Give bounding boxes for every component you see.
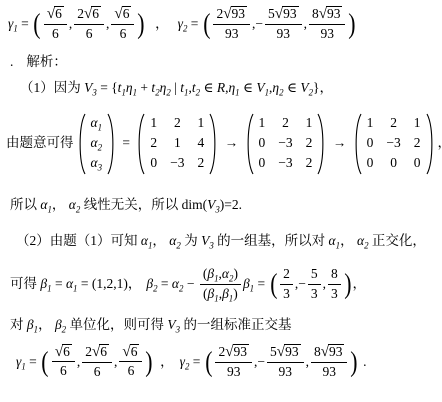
math-var: β1 <box>27 317 38 334</box>
math-text: ， <box>352 276 366 293</box>
sqrt-expression: √6 <box>114 6 131 22</box>
math-text: 93 <box>277 26 291 43</box>
matrix-cell: 4 <box>198 135 205 152</box>
matrix-left-paren <box>353 113 362 175</box>
math-var: V3 <box>84 80 97 97</box>
math-text: 93 <box>320 26 334 43</box>
radicand: 6 <box>130 344 140 360</box>
math-var: γ1 <box>16 354 26 371</box>
matrix-cell: 2 <box>414 135 421 152</box>
math-text: 6 <box>86 26 93 43</box>
sqrt-coefficient: 2 <box>77 6 84 23</box>
math-var: α1 <box>329 233 341 250</box>
math-text: 3 <box>331 286 338 303</box>
math-text: （2）由题（1）可知 <box>16 233 141 250</box>
math-text: + <box>137 80 151 97</box>
sqrt-coefficient: 5 <box>268 6 275 23</box>
math-text: 对 <box>10 317 27 334</box>
sqrt-coefficient: 5 <box>270 344 277 361</box>
math-text: = <box>119 135 133 152</box>
numerator: 5√93 <box>267 344 304 363</box>
sqrt-expression: 2√6 <box>85 344 109 361</box>
math-var: V3 <box>201 233 214 250</box>
math-text: → <box>221 135 241 152</box>
math-var: α1 <box>40 197 52 214</box>
math-var: β1 <box>243 276 254 293</box>
matrix-cell: 2 <box>390 115 397 132</box>
math-var: α2 <box>172 276 184 293</box>
math-text: ， <box>155 16 169 33</box>
matrix-cell: −3 <box>278 155 292 172</box>
big-paren: ( <box>203 10 210 39</box>
denominator: 6 <box>74 25 104 43</box>
matrix-cell: 2 <box>174 115 181 132</box>
math-text: ∈ <box>240 80 257 97</box>
var-subscript: 3 <box>98 163 102 173</box>
math-text: 由题意可得 <box>6 135 74 152</box>
numerator: 2√93 <box>215 344 252 363</box>
fraction: √66 <box>52 344 75 380</box>
math-text: 6 <box>94 364 101 381</box>
math-text: = <box>52 276 66 293</box>
sqrt-coefficient: 8 <box>312 6 319 23</box>
var-subscript: 1 <box>98 123 102 133</box>
math-text: = { <box>97 80 118 97</box>
math-text: = <box>158 276 172 293</box>
math-text: 93 <box>227 364 241 381</box>
fraction: 2√9393 <box>215 344 252 381</box>
denominator: 93 <box>311 363 348 381</box>
math-var: η2 <box>160 80 171 97</box>
radicand: 93 <box>284 344 301 360</box>
denominator: 6 <box>119 362 142 380</box>
denominator: 6 <box>44 25 67 43</box>
numerator: 2√6 <box>74 6 104 25</box>
denominator: 93 <box>309 25 346 43</box>
math-text: 3 <box>283 286 290 303</box>
math-var: t1 <box>118 80 126 97</box>
big-paren: ) <box>349 10 356 39</box>
math-solution-document: γ1 = (√66,2√66,√66)，γ2 = (2√9393,−5√9393… <box>0 6 442 402</box>
math-text: 所以 <box>10 197 40 214</box>
matrix-grid: 1212140−32 <box>145 115 209 172</box>
matrix-cell: 1 <box>414 115 421 132</box>
numerator: 2 <box>280 266 293 285</box>
matrix-grid: 1210−32000 <box>362 115 426 172</box>
math-text: 6 <box>128 363 135 380</box>
matrix: 1210−32000 <box>353 113 435 175</box>
radicand: 93 <box>328 344 345 360</box>
analysis-label-line: .解析： <box>10 54 442 71</box>
matrix-cell: −3 <box>386 135 400 152</box>
math-text: | <box>171 80 180 97</box>
numerator: 8√93 <box>309 6 346 25</box>
matrix-cell: −3 <box>278 135 292 152</box>
math-var: t2 <box>192 80 200 97</box>
math-text: )=2. <box>220 197 242 214</box>
math-text: （1）因为 <box>20 80 84 97</box>
math-var: β1 <box>222 286 233 303</box>
numerator: 8 <box>328 266 341 285</box>
fraction: 5√9393 <box>267 344 304 381</box>
numerator: 8√93 <box>311 344 348 363</box>
matrix-grid: 1210−320−32 <box>254 115 318 172</box>
math-text: ， <box>340 233 357 250</box>
numerator: 2√6 <box>82 344 112 363</box>
math-text: 正交化， <box>369 233 426 250</box>
numerator: √6 <box>111 6 134 24</box>
math-text: − <box>183 276 197 293</box>
big-paren: ) <box>146 348 153 377</box>
matrix-right-paren <box>317 113 326 175</box>
matrix-cell: 1 <box>306 115 313 132</box>
fraction: 2√9393 <box>213 6 250 43</box>
math-var: R <box>217 80 225 97</box>
fraction: 8√9393 <box>311 344 348 381</box>
matrix-left-paren <box>245 113 254 175</box>
math-text: ， <box>52 197 69 214</box>
math-text: , <box>306 354 309 371</box>
radicand: 93 <box>282 6 299 22</box>
denominator: 93 <box>215 363 252 381</box>
math-var: β1 <box>40 276 51 293</box>
math-text: 的一组标准正交基 <box>180 317 291 334</box>
math-var: α2 <box>69 197 81 214</box>
radicand: 6 <box>62 344 72 360</box>
denominator: 3 <box>328 285 341 303</box>
denominator: (β1,β1) <box>200 285 241 303</box>
formula-line-gamma-result-top: γ1 = (√66,2√66,√66)，γ2 = (2√9393,−5√9393… <box>8 6 442 43</box>
radicand: 6 <box>99 344 109 360</box>
denominator: 93 <box>265 25 302 43</box>
sqrt-coefficient: 2 <box>218 344 225 361</box>
math-text: 93 <box>225 26 239 43</box>
fraction: 23 <box>280 266 293 303</box>
matrix: α1α2α3 <box>77 113 117 175</box>
big-paren: ) <box>138 10 145 39</box>
math-var: γ2 <box>178 16 188 33</box>
math-text: ) <box>233 286 238 303</box>
fraction: √66 <box>119 344 142 380</box>
matrix-cell: 2 <box>150 135 157 152</box>
denominator: 6 <box>111 25 134 43</box>
numerator: 2√93 <box>213 6 250 25</box>
matrix: 1210−320−32 <box>245 113 327 175</box>
big-paren: ( <box>270 270 277 299</box>
radicand: 93 <box>233 344 250 360</box>
matrix-cell: 0 <box>414 155 421 172</box>
math-text: ∈ <box>200 80 217 97</box>
fraction: 2√66 <box>74 6 104 43</box>
math-text: → <box>329 135 349 152</box>
sqrt-coefficient: 8 <box>314 344 321 361</box>
math-text: . <box>363 354 366 371</box>
big-paren: ) <box>351 348 358 377</box>
sqrt-expression: 5√93 <box>270 344 301 361</box>
math-var: V1 <box>256 80 269 97</box>
math-text: 8 <box>331 266 338 283</box>
matrix-left-paren <box>136 113 145 175</box>
math-text: − <box>255 16 263 33</box>
math-text: ， <box>38 317 55 334</box>
matrix-cell: 0 <box>390 155 397 172</box>
denominator: 3 <box>280 285 293 303</box>
math-var: α2 <box>222 266 234 283</box>
math-text: ∈ <box>284 80 301 97</box>
matrix-right-paren <box>107 113 116 175</box>
matrix-cell: 0 <box>367 135 374 152</box>
big-paren: ( <box>205 348 212 377</box>
math-var: V2 <box>300 80 313 97</box>
big-paren: ) <box>344 270 351 299</box>
math-text: }， <box>313 80 333 97</box>
math-text: 为 <box>181 233 201 250</box>
matrix-cell: 0 <box>150 155 157 172</box>
math-text: 6 <box>52 26 59 43</box>
matrix: 1212140−32 <box>136 113 218 175</box>
sqrt-expression: √6 <box>55 344 72 360</box>
math-var: V3 <box>207 197 220 214</box>
sqrt-expression: √6 <box>47 6 64 22</box>
sqrt-expression: 8√93 <box>314 344 345 361</box>
sqrt-expression: 5√93 <box>268 6 299 23</box>
denominator: 6 <box>52 362 75 380</box>
dimension-conclusion-line: 所以 α1， α2 线性无关，所以 dim(V3)=2. <box>10 197 442 214</box>
math-var: V3 <box>167 317 180 334</box>
math-text: = <box>18 16 32 33</box>
radicand: 6 <box>54 6 64 22</box>
math-var: α1 <box>66 276 78 293</box>
matrix-right-paren <box>426 113 435 175</box>
math-text: = (1,2,1)， <box>77 276 141 293</box>
matrix-cell: α3 <box>91 155 103 172</box>
matrix-cell: α2 <box>91 135 103 152</box>
math-text: 6 <box>60 363 67 380</box>
fraction: √66 <box>44 6 67 42</box>
math-text: 单位化，则可得 <box>66 317 167 334</box>
math-var: β2 <box>146 276 157 293</box>
var-subscript: 2 <box>98 143 102 153</box>
sqrt-expression: 2√93 <box>216 6 247 23</box>
math-var: t2 <box>151 80 159 97</box>
math-var: α1 <box>141 233 153 250</box>
math-text: ,− <box>295 276 306 293</box>
numerator: 5 <box>308 266 321 285</box>
numerator: √6 <box>52 344 75 362</box>
math-var: β1 <box>208 286 219 303</box>
math-text: , <box>69 16 72 33</box>
big-paren: ( <box>33 10 40 39</box>
math-text: 的一组基，所以对 <box>214 233 329 250</box>
matrix-left-paren <box>77 113 86 175</box>
matrix-cell: 2 <box>306 135 313 152</box>
matrix-grid: α1α2α3 <box>86 115 108 172</box>
matrix-cell: 1 <box>150 115 157 132</box>
fraction: 8√9393 <box>309 6 346 43</box>
numerator: √6 <box>119 344 142 362</box>
fraction: √66 <box>111 6 134 42</box>
sqrt-coefficient: 2 <box>85 344 92 361</box>
matrix-cell: 1 <box>367 115 374 132</box>
radicand: 6 <box>122 6 132 22</box>
sqrt-expression: 2√6 <box>77 6 101 23</box>
part2-basis-statement-line: （2）由题（1）可知 α1， α2 为 V3 的一组基，所以对 α1， α2 正… <box>16 233 442 250</box>
numerator: (β1,α2) <box>200 266 241 285</box>
math-text: 93 <box>322 364 336 381</box>
math-text: ， <box>152 233 169 250</box>
radicand: 6 <box>91 6 101 22</box>
math-text: = <box>254 276 268 293</box>
formula-line-gamma-result-bottom: γ1 = (√66,2√66,√66)，γ2 = (2√9393,−5√9393… <box>16 344 442 381</box>
fraction: 2√66 <box>82 344 112 381</box>
matrix-cell: 0 <box>367 155 374 172</box>
math-text: 2 <box>283 266 290 283</box>
math-text: , <box>77 354 80 371</box>
math-var: γ1 <box>8 16 18 33</box>
matrix-cell: 1 <box>174 135 181 152</box>
sqrt-expression: 8√93 <box>312 6 343 23</box>
math-text: − <box>257 354 265 371</box>
numerator: 5√93 <box>265 6 302 25</box>
part1-subspace-definition-line: （1）因为 V3 = {t1η1 + t2η2 | t1,t2 ∈ R,η1 ∈… <box>20 80 442 97</box>
fraction: (β1,α2)(β1,β1) <box>200 266 241 303</box>
math-var: η1 <box>228 80 239 97</box>
radicand: 93 <box>231 6 248 22</box>
math-var: η2 <box>272 80 283 97</box>
sqrt-expression: √6 <box>122 344 139 360</box>
matrix-cell: 1 <box>259 115 266 132</box>
math-var: α2 <box>357 233 369 250</box>
math-text: , <box>304 16 307 33</box>
denominator: 93 <box>213 25 250 43</box>
math-text: , <box>114 354 117 371</box>
math-text: . <box>10 54 13 71</box>
math-var: α2 <box>169 233 181 250</box>
math-var: α2 <box>91 135 103 150</box>
sqrt-expression: 2√93 <box>218 344 249 361</box>
math-text: ， <box>160 354 174 371</box>
big-paren: ( <box>41 348 48 377</box>
denominator: 6 <box>82 363 112 381</box>
math-text: = <box>26 354 40 371</box>
math-var: β2 <box>55 317 66 334</box>
math-text: 93 <box>279 364 293 381</box>
math-var: t1 <box>180 80 188 97</box>
math-text: , <box>106 16 109 33</box>
matrix-cell: 0 <box>259 135 266 152</box>
matrix-cell: 0 <box>259 155 266 172</box>
math-text: 6 <box>120 26 127 43</box>
math-text: = <box>187 16 201 33</box>
sqrt-coefficient: 2 <box>216 6 223 23</box>
matrix-cell: 2 <box>198 155 205 172</box>
matrix-cell: 1 <box>198 115 205 132</box>
math-text: ) <box>233 266 238 283</box>
matrix-cell: α1 <box>91 115 103 132</box>
fraction: 5√9393 <box>265 6 302 43</box>
fraction: 83 <box>328 266 341 303</box>
matrix-row-reduction-line: 由题意可得α1α2α3 = 1212140−32 → 1210−320−32 →… <box>6 113 442 175</box>
radicand: 93 <box>326 6 343 22</box>
math-text: ， <box>438 135 442 152</box>
math-var: η1 <box>126 80 137 97</box>
denominator: 93 <box>267 363 304 381</box>
matrix-cell: 2 <box>282 115 289 132</box>
math-text: , <box>323 276 326 293</box>
math-var: α1 <box>91 115 103 130</box>
fraction: 53 <box>308 266 321 303</box>
math-var: γ2 <box>180 354 190 371</box>
math-text: 3 <box>311 286 318 303</box>
matrix-cell: 2 <box>306 155 313 172</box>
math-text: 5 <box>311 266 318 283</box>
matrix-right-paren <box>209 113 218 175</box>
gram-schmidt-orthogonalization-line: 可得 β1 = α1 = (1,2,1)，β2 = α2 − (β1,α2)(β… <box>10 266 442 303</box>
math-var: β1 <box>207 266 218 283</box>
math-text: 线性无关，所以 dim( <box>80 197 207 214</box>
normalization-statement-line: 对 β1， β2 单位化，则可得 V3 的一组标准正交基 <box>10 317 442 334</box>
denominator: 3 <box>308 285 321 303</box>
numerator: √6 <box>44 6 67 24</box>
math-text: 解析： <box>26 54 67 71</box>
math-text: = <box>189 354 203 371</box>
math-var: α3 <box>91 155 103 170</box>
math-text: 可得 <box>10 276 40 293</box>
matrix-cell: −3 <box>170 155 184 172</box>
